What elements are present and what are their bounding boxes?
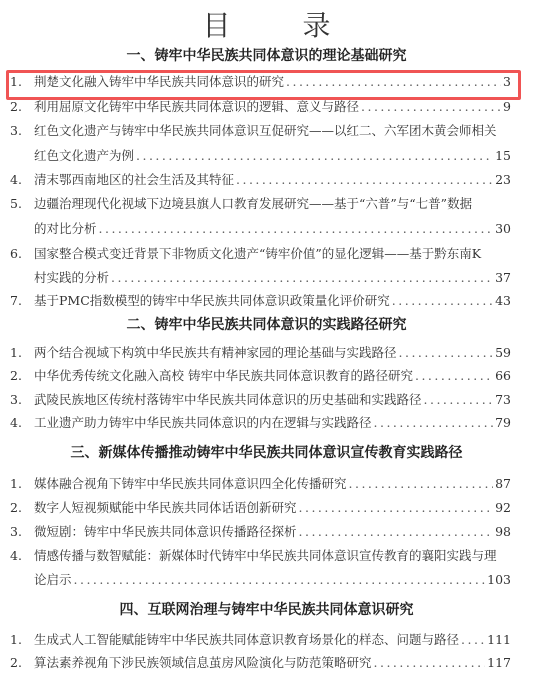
toc-entry[interactable]: 5. 边疆治理现代化视域下边境县旗人口教育发展研究——基于“六普”与“七普”数据	[10, 192, 511, 216]
section-heading-3: 三、新媒体传播推动铸牢中华民族共同体意识宣传教育实践路径	[0, 442, 533, 462]
leader-dots	[349, 472, 494, 496]
toc-entry[interactable]: 1. 媒体融合视角下铸牢中华民族共同体意识四全化传播研究 87	[10, 472, 511, 496]
toc-entry-continuation[interactable]: 村实践的分析 37	[34, 266, 511, 290]
leader-dots	[461, 628, 485, 652]
page-number: 66	[495, 364, 511, 388]
page-number: 59	[495, 341, 511, 365]
page-number: 23	[495, 168, 511, 192]
toc-entry[interactable]: 2. 数字人短视频赋能中华民族共同体话语创新研究 92	[10, 496, 511, 520]
section-heading-1: 一、铸牢中华民族共同体意识的理论基础研究	[0, 45, 533, 65]
toc-entry[interactable]: 3. 武陵民族地区传统村落铸牢中华民族共同体意识的历史基础和实践路径 73	[10, 388, 511, 412]
page-number: 15	[495, 144, 511, 168]
leader-dots	[299, 496, 494, 520]
page-number: 73	[495, 388, 511, 412]
section-heading-2: 二、铸牢中华民族共同体意识的实践路径研究	[0, 314, 533, 334]
toc-entry[interactable]: 4. 情感传播与数智赋能：新媒体时代铸牢中华民族共同体意识宣传教育的襄阳实践与理	[10, 544, 511, 568]
page-number: 87	[495, 472, 511, 496]
toc-entry[interactable]: 1. 两个结合视域下构筑中华民族共有精神家园的理论基础与实践路径 59	[10, 341, 511, 365]
toc-entry[interactable]: 2. 利用屈原文化铸牢中华民族共同体意识的逻辑、意义与路径 9	[10, 95, 511, 119]
leader-dots	[374, 651, 486, 675]
page-number: 30	[495, 217, 511, 241]
leader-dots	[236, 168, 493, 192]
toc-entry[interactable]: 4. 工业遗产助力铸牢中华民族共同体意识的内在逻辑与实践路径 79	[10, 411, 511, 435]
leader-dots	[424, 388, 494, 412]
toc-entry[interactable]: 3. 微短剧：铸牢中华民族共同体意识传播路径探析 98	[10, 520, 511, 544]
table-of-contents-page: 目 录 一、铸牢中华民族共同体意识的理论基础研究 1. 荆楚文化融入铸牢中华民族…	[0, 0, 533, 684]
toc-entry[interactable]: 2. 算法素养视角下涉民族领域信息茧房风险演化与防范策略研究 117	[10, 651, 511, 675]
page-number: 92	[495, 496, 511, 520]
page-number: 117	[487, 651, 511, 675]
page-title: 目 录	[0, 4, 533, 44]
leader-dots	[415, 364, 493, 388]
toc-entry[interactable]: 7. 基于PMC指数模型的铸牢中华民族共同体意识政策量化评价研究 43	[10, 289, 511, 313]
leader-dots	[374, 411, 494, 435]
leader-dots	[299, 520, 494, 544]
section-heading-4: 四、互联网治理与铸牢中华民族共同体意识研究	[0, 599, 533, 619]
toc-entry[interactable]: 6. 国家整合模式变迁背景下非物质文化遗产“铸牢价值”的显化逻辑——基于黔东南K	[10, 242, 511, 266]
leader-dots	[111, 266, 493, 290]
leader-dots	[74, 568, 486, 592]
toc-entry-continuation[interactable]: 红色文化遗产为例 15	[34, 144, 511, 168]
page-number: 103	[487, 568, 511, 592]
page-number: 98	[495, 520, 511, 544]
leader-dots	[286, 70, 501, 94]
page-number: 79	[495, 411, 511, 435]
toc-entry-continuation[interactable]: 论启示 103	[34, 568, 511, 592]
page-number: 9	[503, 95, 511, 119]
leader-dots	[99, 217, 494, 241]
toc-entry[interactable]: 2. 中华优秀传统文化融入高校 铸牢中华民族共同体意识教育的路径研究 66	[10, 364, 511, 388]
page-number: 37	[495, 266, 511, 290]
toc-entry[interactable]: 1. 生成式人工智能赋能铸牢中华民族共同体意识教育场景化的样态、问题与路径 11…	[10, 628, 511, 652]
toc-entry[interactable]: 4. 清末鄂西南地区的社会生活及其特征 23	[10, 168, 511, 192]
leader-dots	[136, 144, 493, 168]
leader-dots	[361, 95, 501, 119]
page-number: 3	[503, 70, 511, 94]
toc-entry[interactable]: 1. 荆楚文化融入铸牢中华民族共同体意识的研究 3	[10, 70, 511, 94]
leader-dots	[399, 341, 494, 365]
leader-dots	[392, 289, 493, 313]
toc-entry-continuation[interactable]: 的对比分析 30	[34, 217, 511, 241]
page-number: 43	[495, 289, 511, 313]
page-number: 111	[487, 628, 511, 652]
toc-entry[interactable]: 3. 红色文化遗产与铸牢中华民族共同体意识互促研究——以红二、六军团木黄会师相关	[10, 119, 511, 143]
